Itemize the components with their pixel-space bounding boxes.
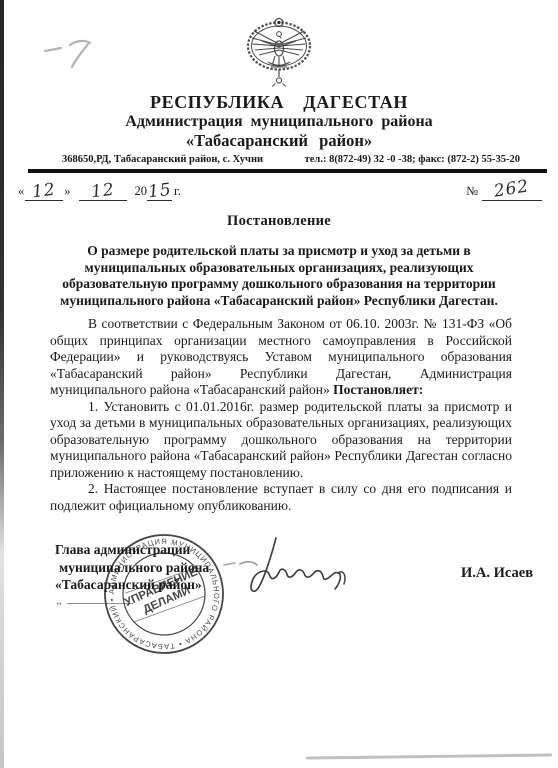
handwritten-month: 12: [90, 180, 116, 203]
document-title: Постановление: [0, 213, 558, 230]
header-administration: Администрация муниципального района: [0, 112, 558, 131]
handwritten-year: 15: [147, 180, 173, 203]
date-field: «12»122015г.: [18, 180, 181, 201]
signatory-name: И.А. Исаев: [461, 565, 533, 582]
number-label: №: [466, 184, 478, 198]
body-item-1: 1. Установить с 01.01.2016г. размер роди…: [50, 399, 512, 482]
header-republic: РЕСПУБЛИКА ДАГЕСТАН: [0, 92, 558, 112]
body-paragraph-1-bold: Постановляет:: [333, 382, 423, 397]
official-stamp: • АДМИНИСТРАЦИЯ МУНИЦИПАЛЬНОГО РАЙОНА • …: [92, 522, 237, 667]
scan-smudge: [306, 753, 552, 759]
body-item-2: 2. Настоящее постановление вступает в си…: [50, 481, 512, 514]
year-suffix: г.: [174, 184, 181, 198]
document-number-field: №262: [466, 180, 542, 201]
close-quote: »: [64, 184, 70, 198]
body-paragraph-1: В соответствии с Федеральным Законом от …: [50, 316, 512, 399]
body-paragraph-1-text: В соответствии с Федеральным Законом от …: [50, 316, 512, 397]
header-address: 368650,РД, Табасаранский район, с. Хучни: [62, 154, 263, 166]
scan-edge-shadow: [0, 0, 4, 768]
scanned-decree-page: РЕСПУБЛИКА ДАГЕСТАН Администрация муници…: [0, 0, 558, 768]
year-prefix: 20: [135, 184, 148, 198]
document-body: В соответствии с Федеральным Законом от …: [50, 316, 512, 514]
header-district: «Табасаранский район»: [0, 131, 558, 150]
header-phone-fax: тел.: 8(872-49) 32 -0 -38; факс: (872-2)…: [305, 154, 520, 166]
handwritten-signature: [218, 531, 378, 609]
coat-of-arms-icon: [237, 12, 321, 88]
open-quote: «: [18, 184, 24, 198]
date-number-row: «12»122015г. №262: [0, 173, 558, 201]
pen-mark: [40, 38, 102, 70]
handwritten-day: 12: [31, 180, 57, 203]
document-subject: О размере родительской платы за присмотр…: [39, 243, 519, 309]
handwritten-number: 262: [493, 176, 531, 201]
